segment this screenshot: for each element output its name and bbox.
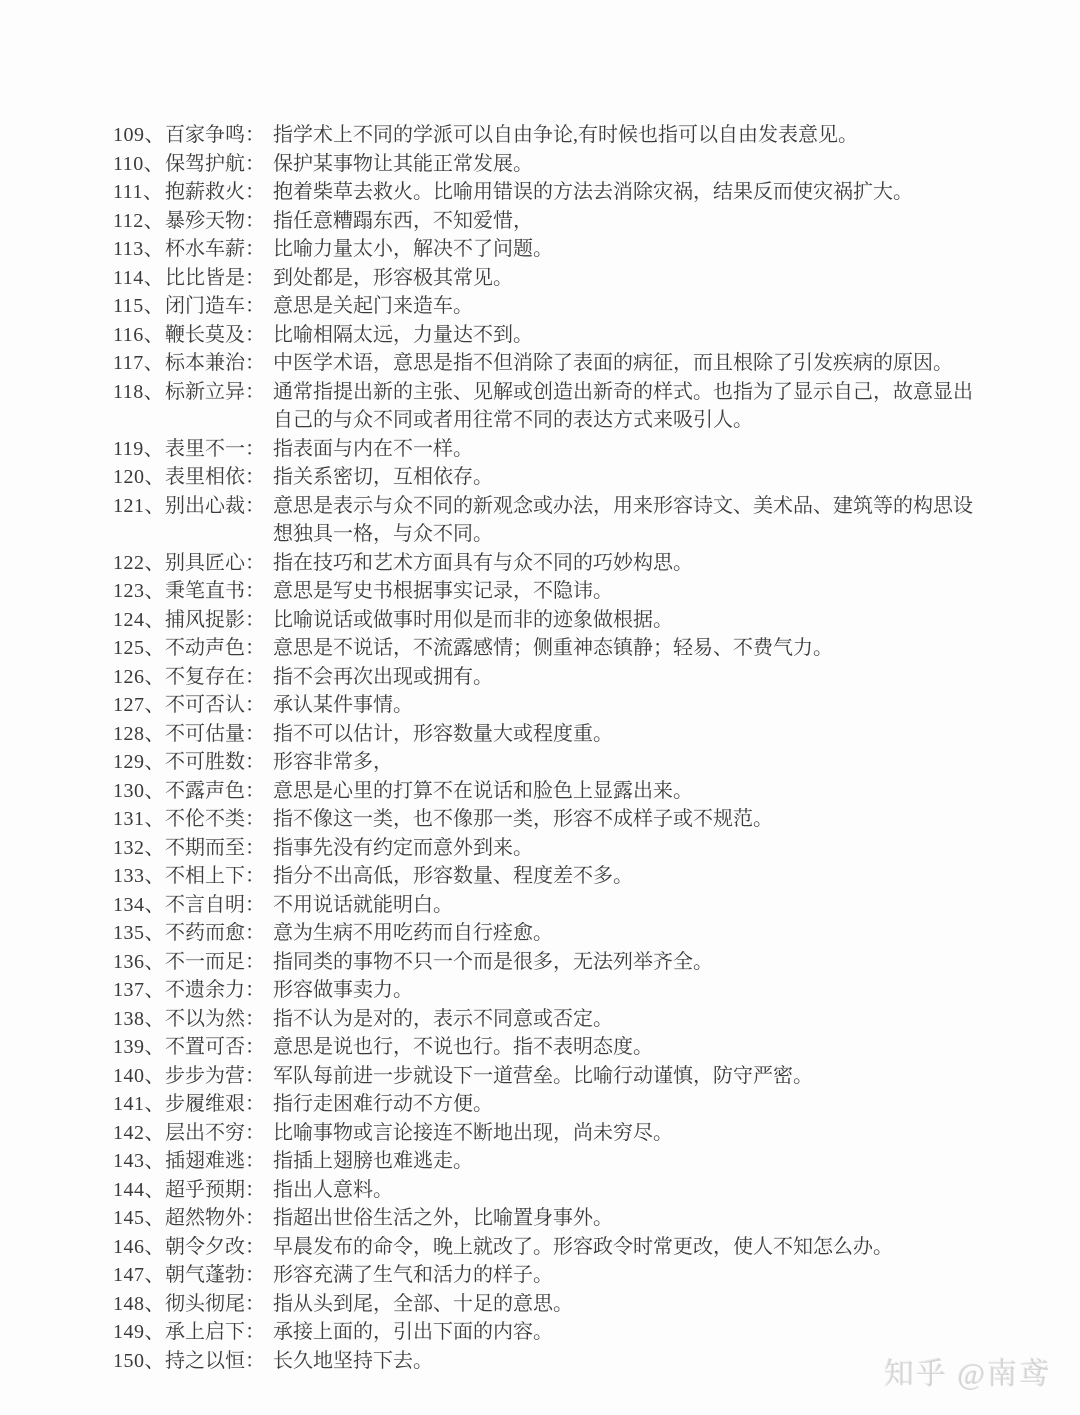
idiom-entry: 131、 不伦不类： 指不像这一类，也不像那一类，形容不成样子或不规范。 — [113, 805, 975, 834]
entry-number: 131、 — [113, 805, 165, 834]
idiom-definition: 早晨发布的命令，晚上就改了。形容政令时常更改，使人不知怎么办。 — [273, 1233, 975, 1262]
entry-number: 148、 — [113, 1290, 165, 1319]
idiom-term: 暴殄天物： — [165, 207, 265, 236]
entry-number: 138、 — [113, 1005, 165, 1034]
idiom-entry: 145、 超然物外： 指超出世俗生活之外，比喻置身事外。 — [113, 1204, 975, 1233]
idiom-term: 抱薪救火： — [165, 178, 265, 207]
idiom-entry: 144、 超乎预期： 指出人意料。 — [113, 1176, 975, 1205]
document-page: 109、 百家争鸣： 指学术上不同的学派可以自由争论,有时候也指可以自由发表意见… — [0, 0, 1080, 1415]
idiom-definition: 到处都是，形容极其常见。 — [273, 264, 975, 293]
idiom-definition: 保护某事物让其能正常发展。 — [273, 150, 975, 179]
entry-number: 109、 — [113, 121, 165, 150]
idiom-term: 超然物外： — [165, 1204, 265, 1233]
idiom-definition: 抱着柴草去救火。比喻用错误的方法去消除灾祸，结果反而使灾祸扩大。 — [273, 178, 975, 207]
idiom-term: 不遗余力： — [165, 976, 265, 1005]
idiom-entry: 132、 不期而至： 指事先没有约定而意外到来。 — [113, 834, 975, 863]
idiom-entry: 121、 别出心裁： 意思是表示与众不同的新观念或办法，用来形容诗文、美术品、建… — [113, 492, 975, 549]
idiom-entry: 113、 杯水车薪： 比喻力量太小，解决不了问题。 — [113, 235, 975, 264]
idiom-entry: 147、 朝气蓬勃： 形容充满了生气和活力的样子。 — [113, 1261, 975, 1290]
idiom-definition: 指分不出高低，形容数量、程度差不多。 — [273, 862, 975, 891]
idiom-entry: 115、 闭门造车： 意思是关起门来造车。 — [113, 292, 975, 321]
idiom-term: 持之以恒： — [165, 1347, 265, 1376]
idiom-entry: 143、 插翅难逃： 指插上翅膀也难逃走。 — [113, 1147, 975, 1176]
idiom-term: 标本兼治： — [165, 349, 265, 378]
idiom-definition: 意思是不说话，不流露感情；侧重神态镇静；轻易、不费气力。 — [273, 634, 975, 663]
entry-number: 126、 — [113, 663, 165, 692]
idiom-entry: 112、 暴殄天物： 指任意糟蹋东西，不知爱惜， — [113, 207, 975, 236]
entry-number: 122、 — [113, 549, 165, 578]
entry-number: 123、 — [113, 577, 165, 606]
idiom-definition: 比喻说话或做事时用似是而非的迹象做根据。 — [273, 606, 975, 635]
entry-number: 125、 — [113, 634, 165, 663]
idiom-entry: 135、 不药而愈： 意为生病不用吃药而自行痊愈。 — [113, 919, 975, 948]
entry-number: 136、 — [113, 948, 165, 977]
idiom-definition: 不用说话就能明白。 — [273, 891, 975, 920]
entry-number: 145、 — [113, 1204, 165, 1233]
idiom-definition: 指学术上不同的学派可以自由争论,有时候也指可以自由发表意见。 — [273, 121, 975, 150]
idiom-term: 别出心裁： — [165, 492, 265, 521]
idiom-entry: 118、 标新立异： 通常指提出新的主张、见解或创造出新奇的样式。也指为了显示自… — [113, 378, 975, 435]
idiom-term: 表里不一： — [165, 435, 265, 464]
entry-number: 115、 — [113, 292, 165, 321]
idiom-entry: 148、 彻头彻尾： 指从头到尾，全部、十足的意思。 — [113, 1290, 975, 1319]
idiom-term: 不期而至： — [165, 834, 265, 863]
idiom-term: 不动声色： — [165, 634, 265, 663]
idiom-definition: 指同类的事物不只一个而是很多，无法列举齐全。 — [273, 948, 975, 977]
idiom-term: 不可估量： — [165, 720, 265, 749]
idiom-definition: 指表面与内在不一样。 — [273, 435, 975, 464]
entry-number: 113、 — [113, 235, 165, 264]
idiom-definition: 意思是表示与众不同的新观念或办法，用来形容诗文、美术品、建筑等的构思设想独具一格… — [273, 492, 975, 549]
idiom-term: 鞭长莫及： — [165, 321, 265, 350]
entry-number: 111、 — [113, 178, 165, 207]
idiom-entry: 123、 秉笔直书： 意思是写史书根据事实记录，不隐讳。 — [113, 577, 975, 606]
idiom-definition: 意思是关起门来造车。 — [273, 292, 975, 321]
idiom-definition: 指插上翅膀也难逃走。 — [273, 1147, 975, 1176]
idiom-definition: 承认某件事情。 — [273, 691, 975, 720]
entry-number: 117、 — [113, 349, 165, 378]
idiom-term: 比比皆是： — [165, 264, 265, 293]
entry-number: 137、 — [113, 976, 165, 1005]
idiom-definition: 指事先没有约定而意外到来。 — [273, 834, 975, 863]
idiom-term: 不复存在： — [165, 663, 265, 692]
entry-number: 139、 — [113, 1033, 165, 1062]
idiom-entry: 137、 不遗余力： 形容做事卖力。 — [113, 976, 975, 1005]
entry-number: 130、 — [113, 777, 165, 806]
idiom-term: 标新立异： — [165, 378, 265, 407]
idiom-term: 不以为然： — [165, 1005, 265, 1034]
idiom-term: 朝令夕改： — [165, 1233, 265, 1262]
idiom-term: 不一而足： — [165, 948, 265, 977]
idiom-definition: 指从头到尾，全部、十足的意思。 — [273, 1290, 975, 1319]
idiom-term: 朝气蓬勃： — [165, 1261, 265, 1290]
idiom-definition: 意思是写史书根据事实记录，不隐讳。 — [273, 577, 975, 606]
entry-number: 114、 — [113, 264, 165, 293]
entry-number: 124、 — [113, 606, 165, 635]
entry-number: 112、 — [113, 207, 165, 236]
idiom-definition: 形容做事卖力。 — [273, 976, 975, 1005]
entry-number: 140、 — [113, 1062, 165, 1091]
idiom-entry: 141、 步履维艰： 指行走困难行动不方便。 — [113, 1090, 975, 1119]
idiom-term: 插翅难逃： — [165, 1147, 265, 1176]
idiom-definition: 指不认为是对的，表示不同意或否定。 — [273, 1005, 975, 1034]
idiom-term: 步步为营： — [165, 1062, 265, 1091]
entry-number: 116、 — [113, 321, 165, 350]
entry-number: 118、 — [113, 378, 165, 407]
idiom-definition: 中医学术语，意思是指不但消除了表面的病征，而且根除了引发疾病的原因。 — [273, 349, 975, 378]
idiom-term: 捕风捉影： — [165, 606, 265, 635]
entry-number: 129、 — [113, 748, 165, 777]
idiom-definition: 通常指提出新的主张、见解或创造出新奇的样式。也指为了显示自己，故意显出自己的与众… — [273, 378, 975, 435]
idiom-definition: 指出人意料。 — [273, 1176, 975, 1205]
idiom-entry: 129、 不可胜数： 形容非常多， — [113, 748, 975, 777]
idiom-entry: 125、 不动声色： 意思是不说话，不流露感情；侧重神态镇静；轻易、不费气力。 — [113, 634, 975, 663]
idiom-entry: 114、 比比皆是： 到处都是，形容极其常见。 — [113, 264, 975, 293]
idiom-entry: 126、 不复存在： 指不会再次出现或拥有。 — [113, 663, 975, 692]
idiom-definition: 指行走困难行动不方便。 — [273, 1090, 975, 1119]
idiom-definition: 意为生病不用吃药而自行痊愈。 — [273, 919, 975, 948]
entry-number: 132、 — [113, 834, 165, 863]
idiom-term: 超乎预期： — [165, 1176, 265, 1205]
idiom-entry: 140、 步步为营： 军队每前进一步就设下一道营垒。比喻行动谨慎，防守严密。 — [113, 1062, 975, 1091]
idiom-definition: 指不像这一类，也不像那一类，形容不成样子或不规范。 — [273, 805, 975, 834]
idiom-definition: 指任意糟蹋东西，不知爱惜， — [273, 207, 975, 236]
idiom-entry: 138、 不以为然： 指不认为是对的，表示不同意或否定。 — [113, 1005, 975, 1034]
idiom-definition: 形容非常多， — [273, 748, 975, 777]
entry-number: 144、 — [113, 1176, 165, 1205]
entry-number: 142、 — [113, 1119, 165, 1148]
idiom-term: 表里相依： — [165, 463, 265, 492]
entry-number: 127、 — [113, 691, 165, 720]
entry-number: 150、 — [113, 1347, 165, 1376]
idiom-term: 别具匠心： — [165, 549, 265, 578]
idiom-term: 不置可否： — [165, 1033, 265, 1062]
idiom-term: 不相上下： — [165, 862, 265, 891]
idiom-term: 不药而愈： — [165, 919, 265, 948]
idiom-definition: 指不可以估计，形容数量大或程度重。 — [273, 720, 975, 749]
idiom-entry: 139、 不置可否： 意思是说也行，不说也行。指不表明态度。 — [113, 1033, 975, 1062]
entry-number: 147、 — [113, 1261, 165, 1290]
idiom-definition: 比喻力量太小，解决不了问题。 — [273, 235, 975, 264]
idiom-term: 不言自明： — [165, 891, 265, 920]
entry-number: 133、 — [113, 862, 165, 891]
idiom-term: 保驾护航： — [165, 150, 265, 179]
idiom-entry: 136、 不一而足： 指同类的事物不只一个而是很多，无法列举齐全。 — [113, 948, 975, 977]
idiom-definition: 比喻相隔太远，力量达不到。 — [273, 321, 975, 350]
idiom-term: 层出不穷： — [165, 1119, 265, 1148]
idiom-definition: 长久地坚持下去。 — [273, 1347, 975, 1376]
idiom-definition: 军队每前进一步就设下一道营垒。比喻行动谨慎，防守严密。 — [273, 1062, 975, 1091]
idiom-term: 不可胜数： — [165, 748, 265, 777]
idiom-entry: 146、 朝令夕改： 早晨发布的命令，晚上就改了。形容政令时常更改，使人不知怎么… — [113, 1233, 975, 1262]
entry-number: 146、 — [113, 1233, 165, 1262]
idiom-entry: 128、 不可估量： 指不可以估计，形容数量大或程度重。 — [113, 720, 975, 749]
entry-number: 128、 — [113, 720, 165, 749]
entry-number: 143、 — [113, 1147, 165, 1176]
idiom-entry: 122、 别具匠心： 指在技巧和艺术方面具有与众不同的巧妙构思。 — [113, 549, 975, 578]
idiom-entry: 109、 百家争鸣： 指学术上不同的学派可以自由争论,有时候也指可以自由发表意见… — [113, 121, 975, 150]
idiom-term: 彻头彻尾： — [165, 1290, 265, 1319]
idiom-term: 秉笔直书： — [165, 577, 265, 606]
idiom-definition: 意思是说也行，不说也行。指不表明态度。 — [273, 1033, 975, 1062]
idiom-definition: 指在技巧和艺术方面具有与众不同的巧妙构思。 — [273, 549, 975, 578]
idiom-term: 不可否认： — [165, 691, 265, 720]
idiom-term: 不露声色： — [165, 777, 265, 806]
entry-number: 149、 — [113, 1318, 165, 1347]
entry-number: 119、 — [113, 435, 165, 464]
idiom-term: 承上启下： — [165, 1318, 265, 1347]
idiom-entry: 124、 捕风捉影： 比喻说话或做事时用似是而非的迹象做根据。 — [113, 606, 975, 635]
idiom-entry: 116、 鞭长莫及： 比喻相隔太远，力量达不到。 — [113, 321, 975, 350]
idiom-definition: 意思是心里的打算不在说话和脸色上显露出来。 — [273, 777, 975, 806]
idiom-term: 步履维艰： — [165, 1090, 265, 1119]
idiom-entry: 110、 保驾护航： 保护某事物让其能正常发展。 — [113, 150, 975, 179]
entry-number: 110、 — [113, 150, 165, 179]
idiom-entry: 133、 不相上下： 指分不出高低，形容数量、程度差不多。 — [113, 862, 975, 891]
idiom-entry: 150、 持之以恒： 长久地坚持下去。 — [113, 1347, 975, 1376]
entry-number: 134、 — [113, 891, 165, 920]
idiom-list: 109、 百家争鸣： 指学术上不同的学派可以自由争论,有时候也指可以自由发表意见… — [0, 0, 1080, 1375]
idiom-term: 百家争鸣： — [165, 121, 265, 150]
entry-number: 120、 — [113, 463, 165, 492]
idiom-term: 不伦不类： — [165, 805, 265, 834]
idiom-definition: 指关系密切，互相依存。 — [273, 463, 975, 492]
idiom-entry: 120、 表里相依： 指关系密切，互相依存。 — [113, 463, 975, 492]
idiom-definition: 指不会再次出现或拥有。 — [273, 663, 975, 692]
idiom-definition: 形容充满了生气和活力的样子。 — [273, 1261, 975, 1290]
idiom-term: 杯水车薪： — [165, 235, 265, 264]
idiom-entry: 117、 标本兼治： 中医学术语，意思是指不但消除了表面的病征，而且根除了引发疾… — [113, 349, 975, 378]
idiom-entry: 111、 抱薪救火： 抱着柴草去救火。比喻用错误的方法去消除灾祸，结果反而使灾祸… — [113, 178, 975, 207]
idiom-definition: 比喻事物或言论接连不断地出现，尚未穷尽。 — [273, 1119, 975, 1148]
idiom-definition: 承接上面的，引出下面的内容。 — [273, 1318, 975, 1347]
entry-number: 135、 — [113, 919, 165, 948]
idiom-entry: 119、 表里不一： 指表面与内在不一样。 — [113, 435, 975, 464]
idiom-entry: 149、 承上启下： 承接上面的，引出下面的内容。 — [113, 1318, 975, 1347]
zhihu-watermark: 知乎 @南鸢 — [884, 1349, 1051, 1393]
idiom-definition: 指超出世俗生活之外，比喻置身事外。 — [273, 1204, 975, 1233]
entry-number: 141、 — [113, 1090, 165, 1119]
idiom-entry: 127、 不可否认： 承认某件事情。 — [113, 691, 975, 720]
idiom-entry: 142、 层出不穷： 比喻事物或言论接连不断地出现，尚未穷尽。 — [113, 1119, 975, 1148]
entry-number: 121、 — [113, 492, 165, 521]
idiom-term: 闭门造车： — [165, 292, 265, 321]
idiom-entry: 134、 不言自明： 不用说话就能明白。 — [113, 891, 975, 920]
idiom-entry: 130、 不露声色： 意思是心里的打算不在说话和脸色上显露出来。 — [113, 777, 975, 806]
